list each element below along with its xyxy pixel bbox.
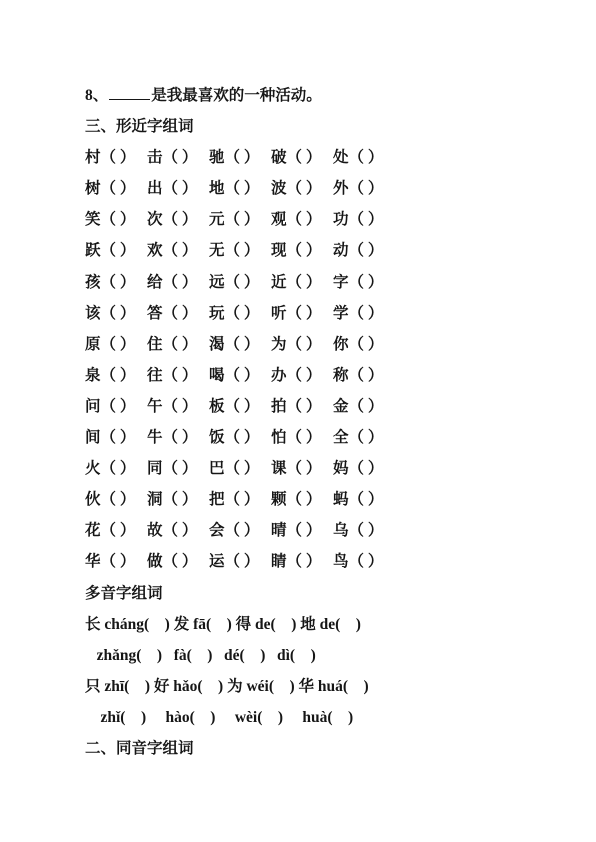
question-text: 是我最喜欢的一种活动。 <box>151 87 322 104</box>
char-blank-cell: 金（ ） <box>333 391 395 422</box>
char-blank-cell: 渴（ ） <box>209 329 271 360</box>
char-blank-cell: 破（ ） <box>271 142 333 173</box>
char-blank-cell: 故（ ） <box>147 515 209 546</box>
char-blank-cell: 处（ ） <box>333 142 395 173</box>
char-blank-cell: 颗（ ） <box>271 484 333 515</box>
char-blank-cell: 晴（ ） <box>271 515 333 546</box>
char-blank-cell: 村（ ） <box>85 142 147 173</box>
char-blank-cell: 波（ ） <box>271 173 333 204</box>
xingjinzi-row: 孩（ ）给（ ）远（ ）近（ ）字（ ） <box>85 267 556 298</box>
char-blank-cell: 办（ ） <box>271 360 333 391</box>
char-blank-cell: 外（ ） <box>333 173 395 204</box>
char-blank-cell: 间（ ） <box>85 422 147 453</box>
char-blank-cell: 华（ ） <box>85 546 147 577</box>
char-blank-cell: 给（ ） <box>147 267 209 298</box>
char-blank-cell: 板（ ） <box>209 391 271 422</box>
char-blank-cell: 妈（ ） <box>333 453 395 484</box>
char-blank-cell: 动（ ） <box>333 235 395 266</box>
xingjinzi-row: 火（ ）同（ ）巴（ ）课（ ）妈（ ） <box>85 453 556 484</box>
char-blank-cell: 课（ ） <box>271 453 333 484</box>
char-blank-cell: 为（ ） <box>271 329 333 360</box>
char-blank-cell: 远（ ） <box>209 267 271 298</box>
char-blank-cell: 出（ ） <box>147 173 209 204</box>
section-title-tongyinzi: 二、同音字组词 <box>85 733 556 764</box>
xingjinzi-row: 该（ ）答（ ）玩（ ）听（ ）学（ ） <box>85 298 556 329</box>
char-blank-cell: 午（ ） <box>147 391 209 422</box>
char-blank-cell: 伙（ ） <box>85 484 147 515</box>
char-blank-cell: 鸟（ ） <box>333 546 395 577</box>
char-blank-cell: 该（ ） <box>85 298 147 329</box>
char-blank-cell: 饭（ ） <box>209 422 271 453</box>
xingjinzi-row: 笑（ ）次（ ）元（ ）观（ ）功（ ） <box>85 204 556 235</box>
char-blank-cell: 元（ ） <box>209 204 271 235</box>
char-blank-cell: 巴（ ） <box>209 453 271 484</box>
char-blank-cell: 蚂（ ） <box>333 484 395 515</box>
question-number: 8、 <box>85 87 108 104</box>
char-blank-cell: 击（ ） <box>147 142 209 173</box>
duoyinzi-line: 只 zhī( ) 好 hǎo( ) 为 wéi( ) 华 huá( ) <box>85 671 556 702</box>
xingjinzi-row: 间（ ）牛（ ）饭（ ）怕（ ）全（ ） <box>85 422 556 453</box>
char-blank-cell: 你（ ） <box>333 329 395 360</box>
char-blank-cell: 喝（ ） <box>209 360 271 391</box>
char-blank-cell: 次（ ） <box>147 204 209 235</box>
char-blank-cell: 把（ ） <box>209 484 271 515</box>
answer-blank-line <box>109 86 150 100</box>
char-blank-cell: 树（ ） <box>85 173 147 204</box>
xingjinzi-row: 树（ ）出（ ）地（ ）波（ ）外（ ） <box>85 173 556 204</box>
char-blank-cell: 全（ ） <box>333 422 395 453</box>
char-blank-cell: 原（ ） <box>85 329 147 360</box>
xingjinzi-row: 伙（ ）洞（ ）把（ ）颗（ ）蚂（ ） <box>85 484 556 515</box>
worksheet-page: 8、是我最喜欢的一种活动。 三、形近字组词 村（ ）击（ ）驰（ ）破（ ）处（… <box>0 0 596 842</box>
section-title-xingjinzi: 三、形近字组词 <box>85 111 556 142</box>
char-blank-cell: 乌（ ） <box>333 515 395 546</box>
char-blank-cell: 跃（ ） <box>85 235 147 266</box>
char-blank-cell: 睛（ ） <box>271 546 333 577</box>
char-blank-cell: 近（ ） <box>271 267 333 298</box>
char-blank-cell: 欢（ ） <box>147 235 209 266</box>
char-blank-cell: 做（ ） <box>147 546 209 577</box>
char-blank-cell: 洞（ ） <box>147 484 209 515</box>
char-blank-cell: 孩（ ） <box>85 267 147 298</box>
char-blank-cell: 功（ ） <box>333 204 395 235</box>
char-blank-cell: 火（ ） <box>85 453 147 484</box>
duoyinzi-line: zhǐ( ) hào( ) wèi( ) huà( ) <box>85 702 556 733</box>
char-blank-cell: 牛（ ） <box>147 422 209 453</box>
char-blank-cell: 现（ ） <box>271 235 333 266</box>
char-blank-cell: 驰（ ） <box>209 142 271 173</box>
char-blank-cell: 称（ ） <box>333 360 395 391</box>
char-blank-cell: 观（ ） <box>271 204 333 235</box>
xingjinzi-row: 泉（ ）往（ ）喝（ ）办（ ）称（ ） <box>85 360 556 391</box>
char-blank-cell: 怕（ ） <box>271 422 333 453</box>
char-blank-cell: 字（ ） <box>333 267 395 298</box>
xingjinzi-row: 原（ ）住（ ）渴（ ）为（ ）你（ ） <box>85 329 556 360</box>
section-title-duoyinzi: 多音字组词 <box>85 578 556 609</box>
xingjinzi-row: 花（ ）故（ ）会（ ）晴（ ）乌（ ） <box>85 515 556 546</box>
char-blank-cell: 住（ ） <box>147 329 209 360</box>
duoyinzi-line: zhǎng( ) fà( ) dé( ) dì( ) <box>85 640 556 671</box>
char-blank-cell: 笑（ ） <box>85 204 147 235</box>
char-blank-cell: 同（ ） <box>147 453 209 484</box>
char-blank-cell: 往（ ） <box>147 360 209 391</box>
xingjinzi-row: 跃（ ）欢（ ）无（ ）现（ ）动（ ） <box>85 235 556 266</box>
char-blank-cell: 会（ ） <box>209 515 271 546</box>
fill-blank-question: 8、是我最喜欢的一种活动。 <box>85 80 556 111</box>
char-blank-cell: 运（ ） <box>209 546 271 577</box>
xingjinzi-row: 问（ ）午（ ）板（ ）拍（ ）金（ ） <box>85 391 556 422</box>
duoyinzi-line: 长 cháng( ) 发 fā( ) 得 de( ) 地 de( ) <box>85 609 556 640</box>
char-blank-cell: 听（ ） <box>271 298 333 329</box>
char-blank-cell: 无（ ） <box>209 235 271 266</box>
char-blank-cell: 泉（ ） <box>85 360 147 391</box>
char-blank-cell: 玩（ ） <box>209 298 271 329</box>
char-blank-cell: 学（ ） <box>333 298 395 329</box>
char-blank-cell: 拍（ ） <box>271 391 333 422</box>
char-blank-cell: 问（ ） <box>85 391 147 422</box>
char-blank-cell: 花（ ） <box>85 515 147 546</box>
char-blank-cell: 地（ ） <box>209 173 271 204</box>
char-blank-cell: 答（ ） <box>147 298 209 329</box>
xingjinzi-row: 华（ ）做（ ）运（ ）睛（ ）鸟（ ） <box>85 546 556 577</box>
xingjinzi-row: 村（ ）击（ ）驰（ ）破（ ）处（ ） <box>85 142 556 173</box>
